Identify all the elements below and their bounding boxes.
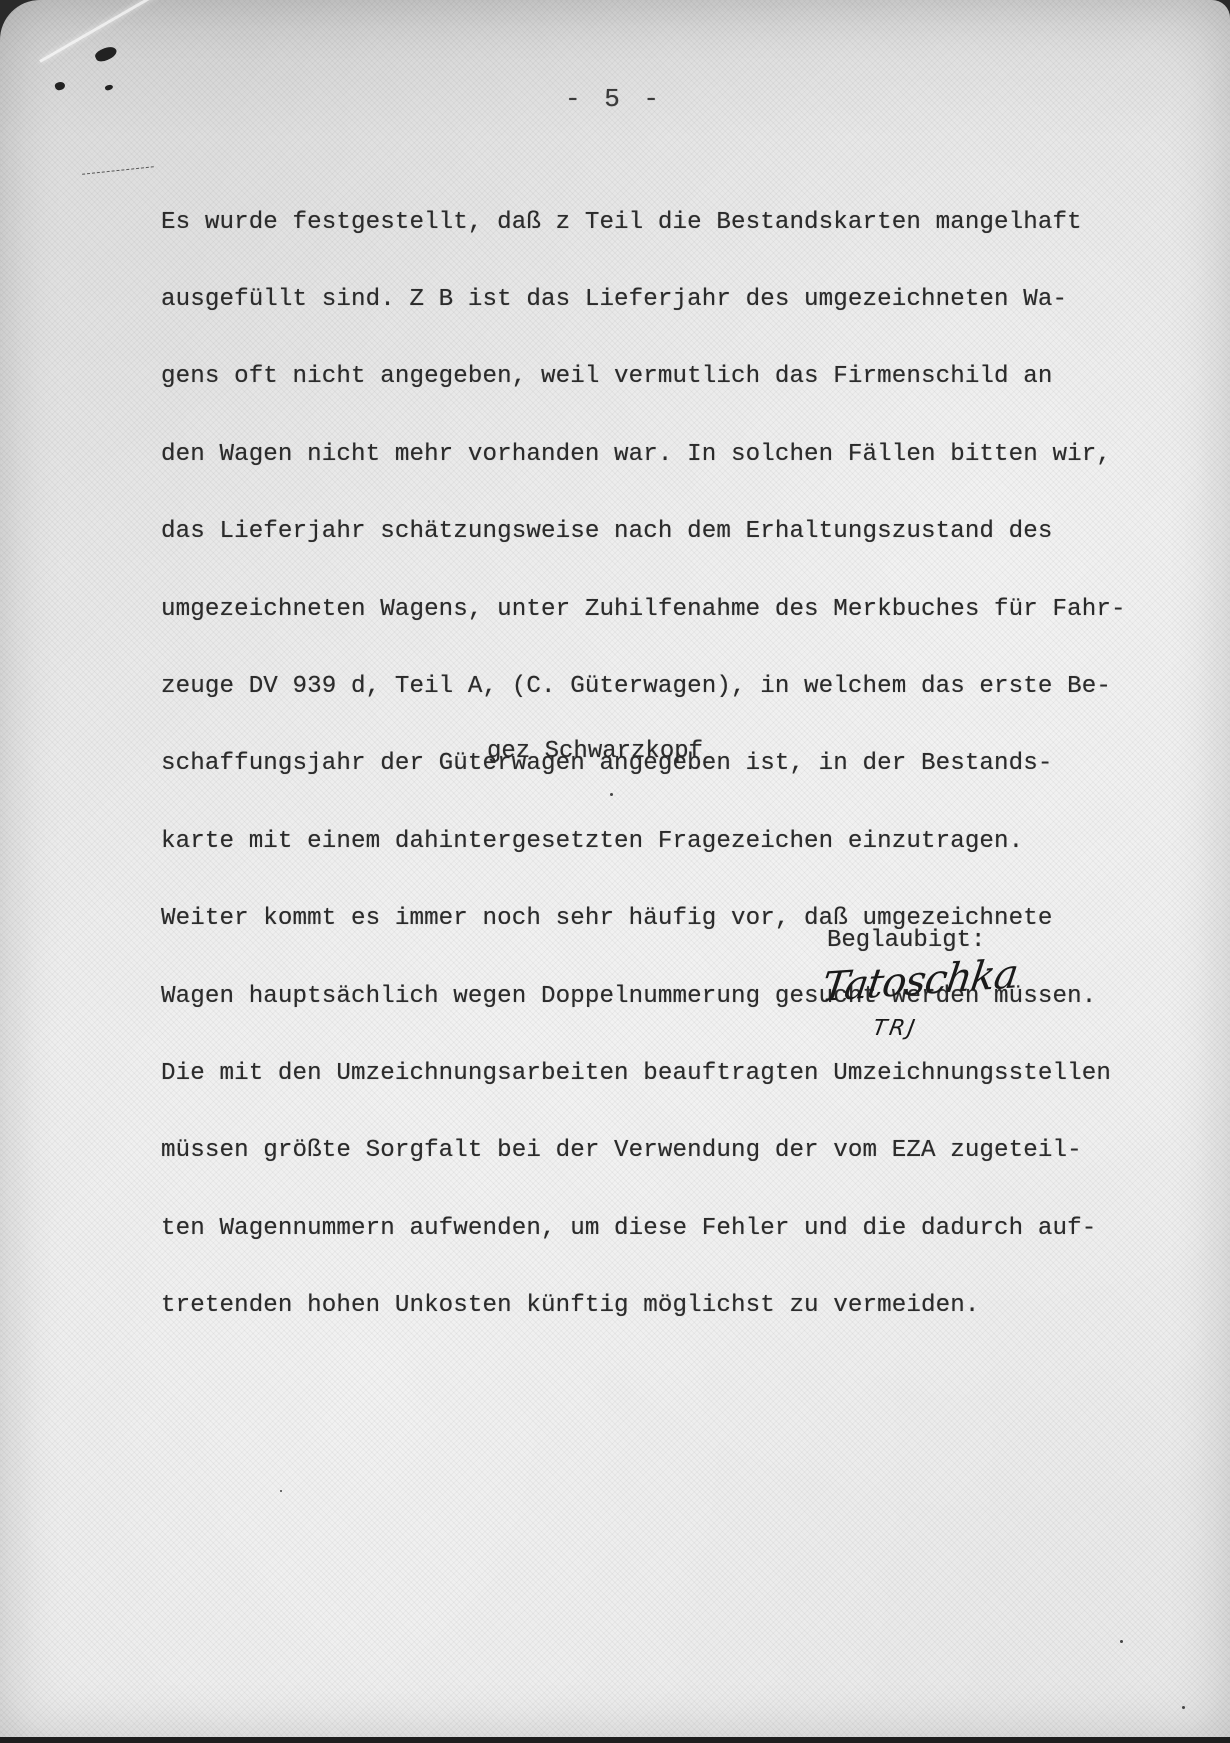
body-line: Wagen hauptsächlich wegen Doppelnummerun… bbox=[161, 984, 1171, 1010]
body-line: zeuge DV 939 d, Teil A, (C. Güterwagen),… bbox=[161, 674, 1171, 700]
body-line: umgezeichneten Wagens, unter Zuhilfenahm… bbox=[161, 597, 1171, 623]
ink-speck bbox=[1120, 1640, 1123, 1643]
punch-hole-mark bbox=[104, 84, 113, 91]
body-line: den Wagen nicht mehr vorhanden war. In s… bbox=[161, 442, 1171, 468]
ink-speck bbox=[280, 1490, 282, 1492]
ink-speck bbox=[610, 793, 613, 796]
scan-bottom-edge bbox=[0, 1737, 1230, 1743]
punch-hole-mark bbox=[54, 81, 66, 92]
body-line: ausgefüllt sind. Z B ist das Lieferjahr … bbox=[161, 287, 1171, 313]
certification-label: Beglaubigt: bbox=[827, 927, 985, 954]
body-line: müssen größte Sorgfalt bei der Verwendun… bbox=[161, 1138, 1171, 1164]
body-line: gens oft nicht angegeben, weil vermutlic… bbox=[161, 364, 1171, 390]
punch-hole-mark bbox=[93, 44, 118, 64]
body-line: ten Wagennummern aufwenden, um diese Feh… bbox=[161, 1216, 1171, 1242]
body-line: Die mit den Umzeichnungsarbeiten beauftr… bbox=[161, 1061, 1171, 1087]
body-line: Es wurde festgestellt, daß z Teil die Be… bbox=[161, 210, 1171, 236]
body-line: das Lieferjahr schätzungsweise nach dem … bbox=[161, 519, 1171, 545]
page-number: - 5 - bbox=[565, 84, 663, 114]
signed-by-line: gez Schwarzkopf bbox=[487, 738, 703, 765]
scanned-document-page: - 5 - Es wurde festgestellt, daß z Teil … bbox=[0, 0, 1230, 1743]
body-line: karte mit einem dahintergesetzten Fragez… bbox=[161, 829, 1171, 855]
body-line: tretenden hohen Unkosten künftig möglich… bbox=[161, 1293, 1171, 1319]
body-line: Weiter kommt es immer noch sehr häufig v… bbox=[161, 906, 1171, 932]
handwritten-initials: TRJ bbox=[871, 1016, 920, 1041]
ink-speck bbox=[1182, 1706, 1185, 1709]
margin-pencil-line bbox=[82, 166, 154, 176]
